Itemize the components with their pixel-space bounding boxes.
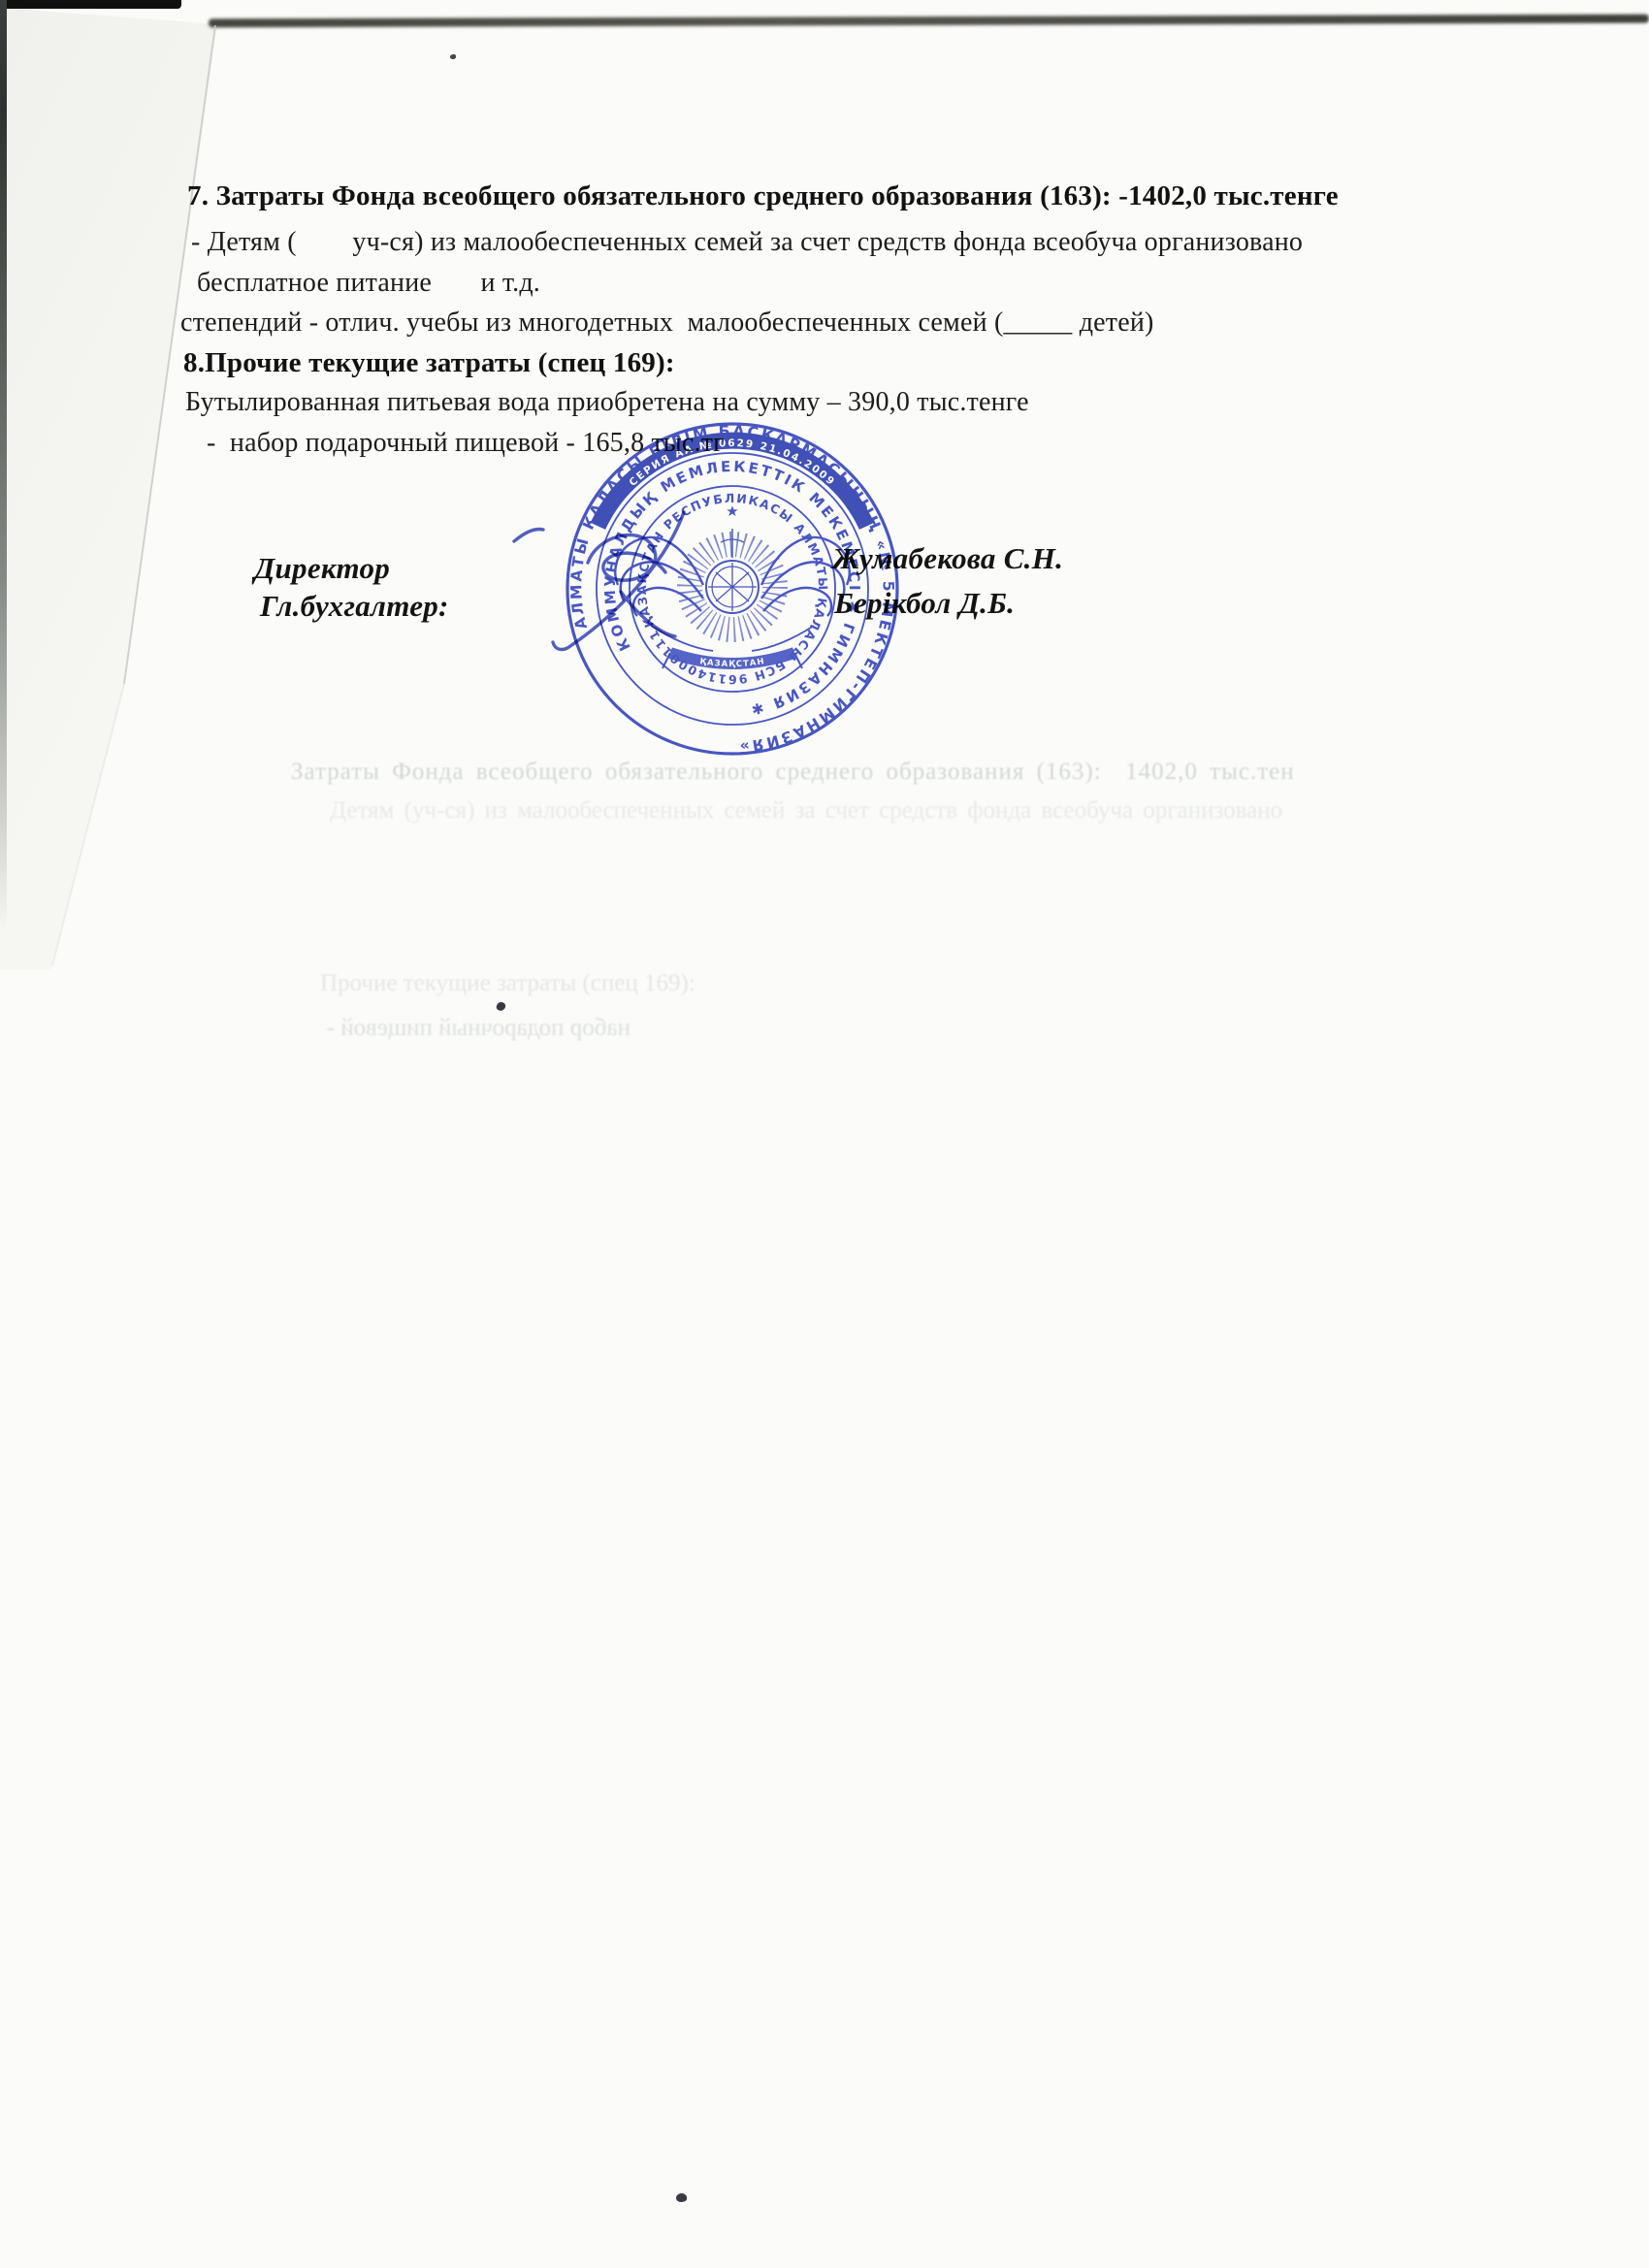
- ink-speck: [496, 1001, 507, 1013]
- paragraph-line-stipends: степендий - отлич. учебы из многодетных …: [180, 308, 1154, 339]
- scan-edge-top-bar: [0, 0, 181, 9]
- ink-speck: [675, 2192, 688, 2203]
- paragraph-line-other-costs-heading: 8.Прочие текущие затраты (спец 169):: [183, 347, 675, 379]
- scanner-background-corner: [0, 0, 291, 980]
- scanned-document-page: { "document": { "lines": [ {"text": "7. …: [0, 0, 1649, 2268]
- paragraph-line-free-meals: бесплатное питание и т.д.: [197, 268, 540, 299]
- handwritten-signature: [407, 407, 795, 718]
- bleed-through-line-4-mirrored: набор подарочный пищевой -: [327, 1015, 630, 1042]
- bleed-through-line-2: Детям (уч-ся) из малообеспеченных семей …: [330, 797, 1282, 825]
- bleed-through-line-3: Прочие текущие затраты (спец 169):: [320, 970, 695, 997]
- paragraph-line-children: - Детям ( уч-ся) из малообеспеченных сем…: [191, 227, 1303, 258]
- paragraph-line-fund-costs: 7. Затраты Фонда всеобщего обязательного…: [187, 180, 1339, 212]
- director-label: Директор: [254, 551, 390, 586]
- page-edge-diagonal: [0, 0, 1649, 2268]
- scan-edge-left-strip: [0, 0, 7, 931]
- page-top-edge-shadow: [209, 15, 1649, 28]
- ink-speck: [450, 54, 456, 59]
